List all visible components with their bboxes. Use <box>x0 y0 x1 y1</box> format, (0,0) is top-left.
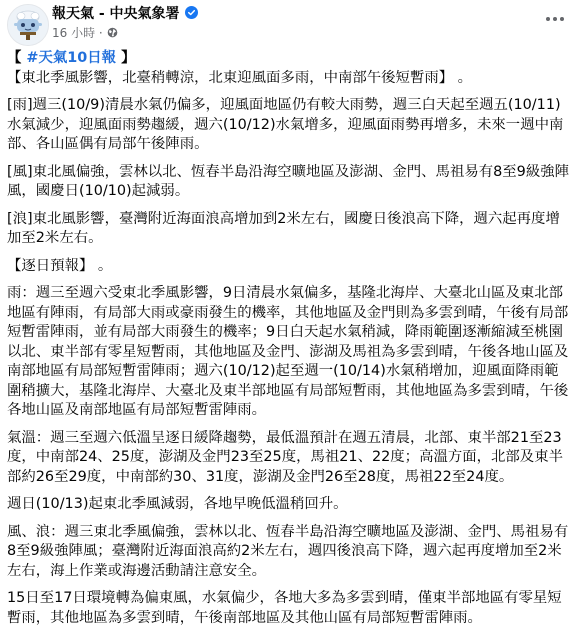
wave-summary: [浪]東北風影響，臺灣附近海面浪高增加到2米左右，國慶日後浪高下降，週六起再度增… <box>7 210 572 249</box>
verified-badge-icon <box>185 6 198 19</box>
title-bracket-close: 】 <box>116 50 135 66</box>
meta-separator: · <box>99 26 103 40</box>
more-dot <box>553 17 557 21</box>
daily-forecast-heading: 【逐日預報】 。 <box>7 257 572 277</box>
post-meta: 16 小時 · <box>52 26 118 40</box>
post-body: 【 #天氣10日報 】 【東北季風影響，北臺稍轉涼，北東迎風面多雨，中南部午後短… <box>7 49 572 628</box>
timestamp[interactable]: 16 小時 <box>52 26 95 40</box>
avatar[interactable] <box>7 4 49 46</box>
post-title: 【 #天氣10日報 】 <box>7 49 572 69</box>
post-header: 報天氣 - 中央氣象署 16 小時 · <box>0 0 577 46</box>
rain-summary: [雨]週三(10/9)清晨水氣仍偏多，迎風面地區仍有較大雨勢，週三白天起至週五(… <box>7 96 572 155</box>
daily-rain: 雨：週三至週六受東北季風影響，9日清晨水氣偏多，基隆北海岸、大臺北山區及東北部地… <box>7 284 572 421</box>
page-name[interactable]: 報天氣 - 中央氣象署 <box>52 6 180 22</box>
hashtag-link[interactable]: #天氣10日報 <box>26 50 116 66</box>
globe-icon[interactable] <box>107 27 118 38</box>
wind-summary: [風]東北風偏強，雲林以北、恆春半島沿海空曠地區及澎湖、金門、馬祖易有8至9級強… <box>7 163 572 202</box>
title-bracket-open: 【 <box>7 50 26 66</box>
mascot-icon <box>8 5 48 45</box>
page-name-link[interactable]: 報天氣 - 中央氣象署 <box>52 5 198 23</box>
outlook: 15日至17日環境轉為偏東風，水氣偏少，各地大多為多雲到晴，僅東半部地區有零星短… <box>7 589 572 628</box>
more-options-button[interactable] <box>543 10 567 28</box>
headline: 【東北季風影響，北臺稍轉涼，北東迎風面多雨，中南部午後短暫雨】 。 <box>7 69 572 89</box>
sunday-note: 週日(10/13)起東北季風減弱，各地早晚低溫稍回升。 <box>7 495 572 515</box>
more-dot <box>560 17 564 21</box>
daily-temperature: 氣溫：週三至週六低溫呈逐日緩降趨勢，最低溫預計在週五清晨，北部、東半部21至23… <box>7 429 572 488</box>
more-horizontal-icon <box>546 17 550 21</box>
daily-wind-wave: 風、浪：週三東北季風偏強，雲林以北、恆春半島沿海空曠地區及澎湖、金門、馬祖易有8… <box>7 523 572 582</box>
facebook-post: 報天氣 - 中央氣象署 16 小時 · 【 #天氣10日報 】 【東北季風影響，… <box>0 0 577 639</box>
